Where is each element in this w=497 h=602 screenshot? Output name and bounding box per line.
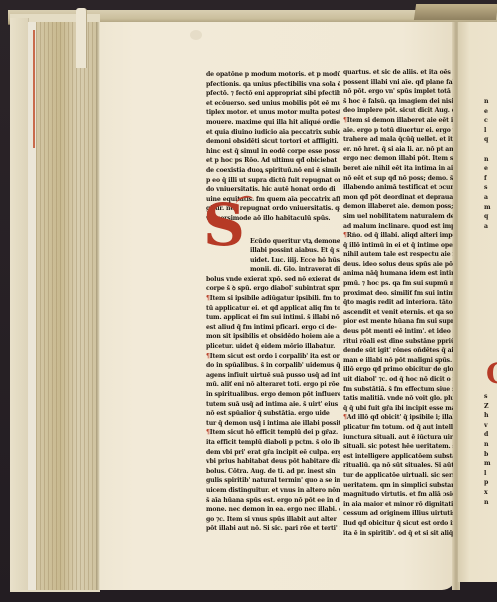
top-binding-right <box>414 4 497 20</box>
text-line: quartus. et sic de aliis. et ita oēs spū… <box>343 68 453 78</box>
text-line: mone. nec demon in ea. ergo nec illabi. … <box>206 505 340 515</box>
text-line: do in spūalibus. s̄ in corpalib' uidemus… <box>206 361 340 371</box>
text-line: mon sit ipsibilis et obsidēdo hoiem aie … <box>206 332 340 342</box>
text-line: agens infiuit uirtuē suā pusso usq̄ ad i… <box>206 371 340 381</box>
text-line: aie. ergo p totū diuertur ei. ergo posse… <box>343 126 453 136</box>
fore-edge-outer <box>10 18 29 590</box>
text-line: a <box>484 222 497 232</box>
text-line: mū. aliť eni nō alteraret toti. ergo pi … <box>206 380 340 390</box>
left-text-column: de opatōne p modum motoris. et p modūpfe… <box>206 70 340 534</box>
text-line: n <box>484 440 497 450</box>
text-line: tatis malitiā. vnde nō voit glo. plus di… <box>343 394 453 404</box>
paragraph-mark-icon: ¶ <box>343 232 347 239</box>
text-line: ¶Item sicut est ordo i corpalib' ita est… <box>206 352 340 362</box>
text-line: n <box>484 155 497 165</box>
text-line: ita efficit templū diaboli p pctm. s̄ ol… <box>206 438 340 448</box>
text-line: nō est spūalior q̄ substātia. ergo uide <box>206 409 340 419</box>
paragraph-mark-icon: ¶ <box>343 117 347 124</box>
illuminated-initial-s: S <box>203 196 241 256</box>
text-line: m <box>484 203 497 213</box>
right-page-text-fragment-top: neclq̄nefsamqa <box>484 97 497 231</box>
text-line: tutem suā usq̄ ad intima aie. s̄ uirt' e… <box>206 400 340 410</box>
text-line: situali. sic potest hēe ueritatem. sic a… <box>343 442 453 452</box>
text-line: ad malum inclinare. quod est impossibile… <box>343 222 453 232</box>
text-line: ̄ <box>484 145 497 155</box>
paragraph-mark-icon: ¶ <box>206 353 210 360</box>
text-line: s <box>484 392 497 402</box>
text-line: llud qđ obicitur q̄ sicut est ordo in co… <box>343 519 453 529</box>
text-line: anima nāq̄ humana idem est intimū et sū <box>343 269 453 279</box>
right-text-column: quartus. et sic de aliis. et ita oēs spū… <box>343 68 453 538</box>
text-line: tur q̄ demon usq̄ i intima aie illabi po… <box>206 419 340 429</box>
text-line: f <box>484 174 497 184</box>
text-line: p <box>484 478 497 488</box>
text-line: h <box>484 411 497 421</box>
text-line: d <box>484 430 497 440</box>
text-line: ¶Ad illō qđ obicit' q̄ ipsibile i; illab… <box>343 413 453 423</box>
text-line: n <box>484 97 497 107</box>
text-line: p eo q̄ illi ut supra dictū fuit repugna… <box>206 176 340 186</box>
text-line: gulis spiritib' natural termin' quo a se… <box>206 476 340 486</box>
text-line: demon illaberet aie. demon poss; syndere <box>343 202 453 212</box>
text-line: fm substātiā. s̄ fm effectum siue ɔformi <box>343 385 453 395</box>
text-line: bolus vnde exierat xpō. sed nō exierat d… <box>206 275 340 285</box>
text-line: ueritatem. qm in simplici substantia rep… <box>343 481 453 491</box>
text-line: dem vbi pri' erat gr̄a incipit eē culpa.… <box>206 448 340 458</box>
text-line: tiplex motor. et unus motor multa potest <box>206 108 340 118</box>
text-line: plicatur fm totum. od q̄ aut intelligit … <box>343 423 453 433</box>
text-line: ascendit et venit eternis. et qa solus d… <box>343 308 453 318</box>
text-line: magnitudo virtutis. et fm aliā ɔsiderari… <box>343 490 453 500</box>
text-line: m <box>484 459 497 469</box>
text-line: q <box>484 212 497 222</box>
text-line: pōt illabi aut nō. Si sic. pari rōe et t… <box>206 524 340 534</box>
text-line: e <box>484 107 497 117</box>
text-line: tū applicatur ei. et qđ applicat aliq fm… <box>206 304 340 314</box>
text-line: n <box>484 498 497 508</box>
text-line: b <box>484 450 497 460</box>
text-line: s̄ hoc ē falsū. qa imagiem dei nisi solu… <box>343 97 453 107</box>
text-line: uit diabol' ⁊c. od q̄ hoc nō dicit o igr… <box>343 375 453 385</box>
text-line: q̄to magis redit ad interiora. tāto magi… <box>343 298 453 308</box>
fore-edge-page-block <box>36 22 96 590</box>
text-line: a <box>484 193 497 203</box>
text-line: l <box>484 126 497 136</box>
right-page-initial: C <box>486 360 497 388</box>
text-line: pfectō. ⁊ fectō eni appropriat sibi pfec… <box>206 89 340 99</box>
text-line: nō pōt. ergo vn' spūs implet totā animā. <box>343 87 453 97</box>
text-line: man e illabi nō pōt maligni spūs. Ad <box>343 356 453 366</box>
text-line: illabendo animā testificat et ɔcurat. si… <box>343 183 453 193</box>
text-line: s <box>484 183 497 193</box>
text-line: deus. ideo solus deus spūs aie pōt illab… <box>343 260 453 270</box>
text-line: er. nō hret. q̄ si aia li. ar. nō pt ami… <box>343 145 453 155</box>
text-line: vbi prius habitabat deus pōt habitare di… <box>206 457 340 467</box>
paragraph-mark-icon: ¶ <box>206 429 210 436</box>
text-line: mon qđ pōt deordinat et deprauat. ergo s… <box>343 193 453 203</box>
text-line: Z <box>484 402 497 412</box>
left-column-post-initial: bolus vnde exierat xpō. sed nō exierat d… <box>206 275 340 534</box>
text-line: corpe s̄ ꝺ spū. ergo diabol' subintrat s… <box>206 284 340 294</box>
text-line: q̄ illō intimū in ei et q̄ intime opet i… <box>343 241 453 251</box>
text-line: in spiritualibus. ergo demon pōt influer… <box>206 390 340 400</box>
text-line: pior est mente hūana fm sui supmū. solus <box>343 317 453 327</box>
text-line: go ⁊c. Item si vnus spūs illabit aut alt… <box>206 515 340 525</box>
text-line: hinc est q̄ simul in eodē corpe esse pos… <box>206 147 340 157</box>
text-line: est intelligere applicatōem substātiaꝝ s… <box>343 452 453 462</box>
text-line: illō ergo qđ primo obicitur de glo. q̄ i… <box>343 365 453 375</box>
text-line: q̄ q̄ ubi fuit gr̄a ibi incipit esse mal… <box>343 404 453 414</box>
text-line: tur de applicatōe uirtuali. sic sermo nō… <box>343 471 453 481</box>
text-line: ergo nec demon illabi pōt. Item si illa <box>343 154 453 164</box>
text-line: ¶Item si ipsibile adiūgatur ipsibili. fm… <box>206 294 340 304</box>
text-line: trahere ad mala q̄cūq̄ uellet. et ita ai… <box>343 135 453 145</box>
text-line: c <box>484 116 497 126</box>
text-line: nihil autem tale est respectu aie nisi s… <box>343 250 453 260</box>
text-line: nō eēt et sup qđ nō poss; demo. s̄ sic d… <box>343 174 453 184</box>
text-line: l <box>484 469 497 479</box>
text-line: q <box>484 135 497 145</box>
text-line: deus pōt menti eē intim'. et ideo illabi… <box>343 327 453 337</box>
text-line: et ecōuerso. sed unius mobilis pōt eē mu… <box>206 99 340 109</box>
text-line: tum. applicat ei fm sui intimi. s̄ illab… <box>206 313 340 323</box>
text-line: demoni obsidēti sicut tortori et affligi… <box>206 137 340 147</box>
text-line: s̄ aīa hūana spūs est. ergo nō pōt ee in… <box>206 496 340 506</box>
text-line: ¶Item sicut hō efficit templū dei p gr̄a… <box>206 428 340 438</box>
right-page-text-fragment-bottom: sZhvdnbmlpxn <box>484 392 497 507</box>
text-line: et quia diuino iudicio aīa peccatrix sub… <box>206 128 340 138</box>
text-line: est aliud q̄ fm intimi pficari. ergo ci … <box>206 323 340 333</box>
text-line: ita ē in spiritib'. od q̄ et si sit aliq… <box>343 529 453 539</box>
text-line: de coexistia duoꝝ spirituū.nō eni ē simi… <box>206 166 340 176</box>
paragraph-mark-icon: ¶ <box>343 414 347 421</box>
text-line: proximat deo. similiť fm sui intimū. vnd… <box>343 289 453 299</box>
text-line: cessum ad originem illius uirtutis. Ad i <box>343 509 453 519</box>
text-line: uicem distinguitur. et vnus in altero nō… <box>206 486 340 496</box>
text-line: mouere. maxime qui illa hit aliqué ordie… <box>206 118 340 128</box>
text-line: deo implere pōt. sicut dicit Aug. et Bed… <box>343 106 453 116</box>
text-line: monii. di. Glo. intraverat dia <box>206 265 340 275</box>
text-line: possent illabi vni aīe. qđ plane falsuȝ … <box>343 78 453 88</box>
fore-edge-inner-line <box>96 22 99 590</box>
page-tab-marker <box>76 8 87 68</box>
text-line: pmū. ⁊ hoc ps. qa fm sui supmū magis ap <box>343 279 453 289</box>
text-line: ritui rōali est dīne substāne ppriū. Cōn… <box>343 337 453 347</box>
text-line: in aia maior et minor rō dignitatis fm a… <box>343 500 453 510</box>
text-line: e <box>484 164 497 174</box>
text-line: iunctura situali. aut ē iūctura uirtuali… <box>343 433 453 443</box>
text-line: plicetur. uidet q̄ eidem mōrio illabatur… <box>206 342 340 352</box>
text-line: x <box>484 488 497 498</box>
text-line: v <box>484 421 497 431</box>
text-line: ¶Rńo. od q̄ illabi. aliqd alteri importa… <box>343 231 453 241</box>
text-line: de opatōne p modum motoris. et p modū <box>206 70 340 80</box>
fore-edge-red-mark <box>33 30 35 148</box>
paragraph-mark-icon: ¶ <box>206 295 210 302</box>
text-line: ¶Item si demon illaberet aie eēt intim' <box>343 116 453 126</box>
text-line: pfectionis. qa unius pfectibilis vna sol… <box>206 80 340 90</box>
text-line: bolus. Cōtra. Aug. de ti. ad pr. inest s… <box>206 467 340 477</box>
text-line: et p hoc ps Rōo. Ad ultimu qđ obiciebat <box>206 156 340 166</box>
text-line: beret aie nihil eēt ita intima in aia in… <box>343 164 453 174</box>
text-line: sim uel nobilitatem naturalem deprauare.… <box>343 212 453 222</box>
text-line: dende sūt igit' rōnes oñdētes q̄ aiabus … <box>343 346 453 356</box>
text-line: ritualiū. qa nō sūt situales. Si aūt int… <box>343 461 453 471</box>
paper-stain <box>190 30 202 40</box>
